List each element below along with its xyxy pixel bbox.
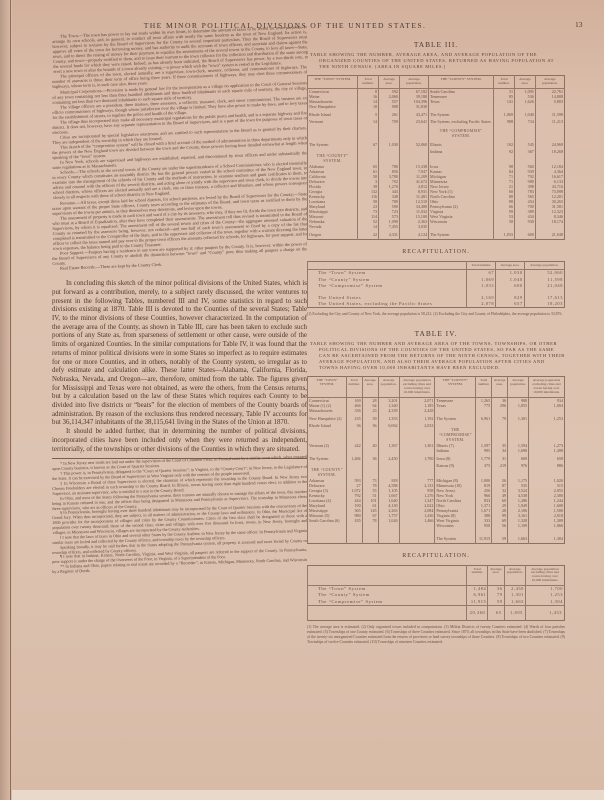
header-row: THE “TOWN” SYSTEM.Total number.Average a… bbox=[308, 377, 565, 397]
empty-cell bbox=[362, 463, 378, 478]
recap-row: The “Compromise” System11,915591,6631,30… bbox=[308, 599, 565, 606]
table-row: THE “COUNTY” SYSTEM.Kansas (9)3752199768… bbox=[308, 463, 565, 478]
value-cell: 1,695 bbox=[504, 606, 525, 621]
column-header: THE “COUNTY” SYSTEM. bbox=[429, 76, 494, 89]
value-cell: 2,033 bbox=[399, 423, 435, 443]
table3: THE “TOWN” SYSTEM.Total number.Average a… bbox=[307, 75, 565, 240]
right-tables-column: TABLE III. Table showing the Number, Ave… bbox=[307, 40, 565, 645]
table3-recapitulation: Total number.Average area.Average popula… bbox=[307, 261, 565, 309]
table3-notes: (1) Excluding the City and County of New… bbox=[307, 312, 565, 317]
column-header: Average population. bbox=[399, 76, 428, 89]
row-label: The System bbox=[429, 229, 494, 240]
value-cell: 1,030 bbox=[379, 139, 400, 149]
value-cell: 1,484 bbox=[346, 453, 362, 463]
column-header: Average population. bbox=[508, 377, 529, 397]
value-cell: 1,433 bbox=[525, 606, 564, 621]
book-gutter bbox=[0, 0, 11, 800]
value-cell: 31 bbox=[492, 453, 508, 463]
value-cell: 1,069 bbox=[494, 109, 515, 119]
header-row: Total number.Average area.Average popula… bbox=[308, 261, 565, 270]
empty-cell bbox=[346, 463, 362, 478]
row-label: The System bbox=[435, 413, 476, 423]
column-header: THE “COUNTY” SYSTEM. bbox=[435, 377, 476, 397]
row-label: The System, excluding Pacific States bbox=[429, 119, 494, 124]
column-header: Average population. bbox=[504, 565, 525, 585]
recap-grand-total-row: 20,360651,6951,433 bbox=[308, 606, 565, 621]
row-label: Oregon bbox=[308, 229, 358, 240]
value-cell: 2,078 bbox=[467, 301, 496, 308]
value-cell: 17,613 bbox=[524, 290, 564, 301]
system-heading: THE “COMPROMISE” SYSTEM. bbox=[435, 423, 476, 443]
value-cell: 261 bbox=[379, 109, 400, 119]
column-header: THE “TOWN” SYSTEM. bbox=[308, 76, 358, 89]
value-cell: 5 bbox=[358, 109, 379, 119]
empty-cell bbox=[529, 423, 565, 443]
row-label: The “Town” System bbox=[308, 585, 467, 592]
table-row: New Hampshire (2)235391,3531,192The Syst… bbox=[308, 413, 565, 423]
value-cell: 67 bbox=[467, 270, 496, 277]
value-cell: 11,915 bbox=[467, 599, 488, 606]
value-cell: 18,268 bbox=[535, 149, 564, 164]
column-header: Average population. bbox=[524, 261, 564, 270]
value-cell: 1,304 bbox=[525, 599, 564, 606]
value-cell: 367 bbox=[514, 149, 535, 164]
column-header: Average population. bbox=[378, 377, 399, 397]
value-cell: 52,060 bbox=[399, 139, 428, 149]
empty-cell bbox=[308, 533, 347, 544]
system-heading: THE “COUNTY” SYSTEM. bbox=[308, 149, 358, 164]
column-header: Total number. bbox=[346, 377, 362, 397]
column-header: Average area. bbox=[488, 565, 504, 585]
empty-cell bbox=[508, 423, 529, 443]
value-cell: 36 bbox=[362, 453, 378, 463]
column-header: Average population excluding cities and … bbox=[399, 377, 435, 397]
value-cell: 102 bbox=[494, 139, 515, 149]
row-label: Iowa (8) bbox=[435, 453, 476, 463]
value-cell: 1,700 bbox=[399, 453, 435, 463]
table4-notes: (1) The average area is estimated. (2) O… bbox=[307, 625, 565, 645]
value-cell: 545 bbox=[514, 139, 535, 149]
row-label: The “Compromise” System bbox=[308, 599, 467, 606]
empty-cell bbox=[399, 533, 435, 544]
footnotes: * In New Jersey new roads are laid out u… bbox=[52, 462, 307, 575]
row-label: Kansas (9) bbox=[435, 463, 476, 478]
value-cell: 1,700 bbox=[525, 585, 564, 592]
table-row: THE “COUNTY” SYSTEM.Indiana9236718,268 bbox=[308, 149, 565, 164]
value-cell: 657 bbox=[496, 301, 525, 308]
row-label: The System bbox=[308, 139, 358, 149]
value-cell: 1,253 bbox=[529, 413, 565, 423]
column-header: Total number. bbox=[467, 565, 488, 585]
value-cell: 52,060 bbox=[524, 270, 564, 277]
table4-recap-title: RECAPITULATION. bbox=[307, 553, 565, 559]
value-cell: 1,304 bbox=[529, 533, 565, 544]
value-cell: 976 bbox=[508, 463, 529, 478]
body-paragraph: It should be added further, that in dete… bbox=[52, 428, 307, 454]
table3-title: TABLE III. bbox=[307, 40, 565, 49]
table4-caption: Table showing the Number and Average Are… bbox=[307, 341, 565, 371]
value-cell: 4,124 bbox=[399, 229, 428, 240]
row-label: The System bbox=[429, 109, 494, 119]
empty-cell bbox=[308, 124, 358, 139]
row-label: The “Town” System bbox=[308, 270, 467, 277]
page-number: 13 bbox=[575, 20, 583, 29]
empty-cell bbox=[308, 606, 467, 621]
value-cell: 600 bbox=[514, 229, 535, 240]
value-cell: 669 bbox=[508, 453, 529, 463]
value-cell: 65 bbox=[488, 606, 504, 621]
column-header: Total number. bbox=[494, 76, 515, 89]
value-cell: 2,450 bbox=[378, 453, 399, 463]
value-cell: 235 bbox=[346, 413, 362, 423]
value-cell: 11,915 bbox=[476, 533, 492, 544]
row-label: Indiana bbox=[429, 149, 494, 164]
value-cell: 59 bbox=[488, 599, 504, 606]
value-cell: 1,779 bbox=[476, 453, 492, 463]
empty-cell bbox=[494, 124, 515, 139]
value-cell: 39 bbox=[362, 413, 378, 423]
column-header: Average population excluding cities and … bbox=[529, 377, 565, 397]
empty-cell bbox=[399, 463, 435, 478]
row-label: Illinois bbox=[429, 139, 494, 149]
value-cell: 24,969 bbox=[535, 139, 564, 149]
header-row: Total number.Average area.Average popula… bbox=[308, 565, 565, 585]
recap-total-row: The United States, excluding the Pacific… bbox=[308, 301, 565, 308]
recap-row: The “Town” System1,484362,4501,700 bbox=[308, 585, 565, 592]
row-label: The System bbox=[435, 533, 476, 544]
value-cell: 1,033 bbox=[494, 229, 515, 240]
empty-cell bbox=[399, 149, 428, 164]
value-cell: 22 bbox=[358, 229, 379, 240]
concluding-paragraphs: In concluding this sketch of the minor p… bbox=[52, 280, 307, 454]
value-cell: 658 bbox=[529, 453, 565, 463]
table-row: The System11,915591,6631,304 bbox=[308, 533, 565, 544]
value-cell: 1,663 bbox=[508, 533, 529, 544]
column-header: Average area. bbox=[379, 76, 400, 89]
page-bottom-edge bbox=[12, 790, 604, 800]
column-header: Average population excluding cities and … bbox=[525, 565, 564, 585]
table-row: The System671,03052,060Illinois10254524,… bbox=[308, 139, 565, 149]
value-cell: 2,450 bbox=[504, 585, 525, 592]
table4-recapitulation: Total number.Average area.Average popula… bbox=[307, 565, 565, 622]
column-header: Average area. bbox=[496, 261, 525, 270]
blank-header bbox=[308, 565, 467, 585]
table4-title: TABLE IV. bbox=[307, 329, 565, 338]
empty-cell bbox=[535, 124, 564, 139]
blank-header bbox=[308, 261, 467, 270]
administrative-sketch: The Town.—The town has power to lay out … bbox=[52, 34, 307, 271]
value-cell: 6,062 bbox=[378, 423, 399, 443]
value-cell: 21,048 bbox=[535, 229, 564, 240]
left-text-column: The Town.—The town has power to lay out … bbox=[52, 34, 307, 575]
system-heading: THE “COUNTY” SYSTEM. bbox=[308, 463, 347, 478]
value-cell: 1,030 bbox=[496, 270, 525, 277]
value-cell: 219 bbox=[492, 463, 508, 478]
table-row: Rhode Island526143,471The System1,0691,0… bbox=[308, 109, 565, 119]
value-cell: 92 bbox=[494, 149, 515, 164]
value-cell: 1,301 bbox=[508, 413, 529, 423]
column-header: Average population. bbox=[535, 76, 564, 89]
empty-cell bbox=[362, 533, 378, 544]
value-cell: 1,663 bbox=[504, 599, 525, 606]
value-cell: 43,471 bbox=[399, 109, 428, 119]
table-row: Oregon224,3314,124The System1,03360021,0… bbox=[308, 229, 565, 240]
empty-cell bbox=[399, 124, 428, 139]
value-cell: 59 bbox=[492, 533, 508, 544]
value-cell: 375 bbox=[476, 463, 492, 478]
recap-row: The “Town” System671,03052,060 bbox=[308, 270, 565, 277]
row-label: Rhode Island bbox=[308, 423, 347, 443]
empty-cell bbox=[476, 423, 492, 443]
column-header: Total number. bbox=[476, 377, 492, 397]
system-heading: THE “COMPROMISE” SYSTEM. bbox=[429, 124, 494, 139]
empty-cell bbox=[378, 533, 399, 544]
column-header: Average area. bbox=[514, 76, 535, 89]
column-header: Total number. bbox=[467, 261, 496, 270]
column-header: Total number. bbox=[358, 76, 379, 89]
value-cell: 4,331 bbox=[379, 229, 400, 240]
value-cell: 1,040 bbox=[514, 109, 535, 119]
row-label: Rhode Island bbox=[308, 109, 358, 119]
body-paragraph: In concluding this sketch of the minor p… bbox=[52, 280, 307, 428]
empty-cell bbox=[492, 423, 508, 443]
empty-cell bbox=[358, 124, 379, 139]
value-cell: 829 bbox=[496, 290, 525, 301]
empty-cell bbox=[379, 124, 400, 139]
value-cell: 11,598 bbox=[535, 109, 564, 119]
header-row: THE “TOWN” SYSTEM.Total number.Average a… bbox=[308, 76, 565, 89]
value-cell: 1,353 bbox=[378, 413, 399, 423]
table4: THE “TOWN” SYSTEM.Total number.Average a… bbox=[307, 376, 565, 543]
table-row: Rhode Island36366,0622,033THE “COMPROMIS… bbox=[308, 423, 565, 443]
column-header: Average area. bbox=[492, 377, 508, 397]
value-cell: 79 bbox=[492, 413, 508, 423]
empty-cell bbox=[358, 149, 379, 164]
value-cell: 1,192 bbox=[399, 413, 435, 423]
row-label: The System bbox=[308, 453, 347, 463]
empty-cell bbox=[346, 533, 362, 544]
table-row: The System1,484362,4501,700Iowa (8)1,779… bbox=[308, 453, 565, 463]
value-cell: 6,961 bbox=[476, 413, 492, 423]
recap-total-row: The United States2,16982917,613 bbox=[308, 290, 565, 301]
empty-cell bbox=[379, 149, 400, 164]
table3-recap-title: RECAPITULATION. bbox=[307, 249, 565, 255]
value-cell: 36 bbox=[488, 585, 504, 592]
table3-caption: Table showing the Number, Average Area, … bbox=[307, 52, 565, 70]
value-cell: 36 bbox=[346, 423, 362, 443]
empty-cell bbox=[378, 463, 399, 478]
row-label: The United States, excluding the Pacific… bbox=[308, 301, 467, 308]
column-header: THE “TOWN” SYSTEM. bbox=[308, 377, 347, 397]
value-cell: 36 bbox=[362, 423, 378, 443]
column-header: Average area. bbox=[362, 377, 378, 397]
row-label: New Hampshire (2) bbox=[308, 413, 347, 423]
value-cell: 1,484 bbox=[467, 585, 488, 592]
value-cell: 886 bbox=[529, 463, 565, 478]
value-cell: 18,203 bbox=[524, 301, 564, 308]
value-cell: 20,360 bbox=[467, 606, 488, 621]
empty-cell bbox=[514, 124, 535, 139]
table-row: THE “COMPROMISE” SYSTEM. bbox=[308, 124, 565, 139]
value-cell: 67 bbox=[358, 139, 379, 149]
value-cell: 2,169 bbox=[467, 290, 496, 301]
row-label: The United States bbox=[308, 290, 467, 301]
